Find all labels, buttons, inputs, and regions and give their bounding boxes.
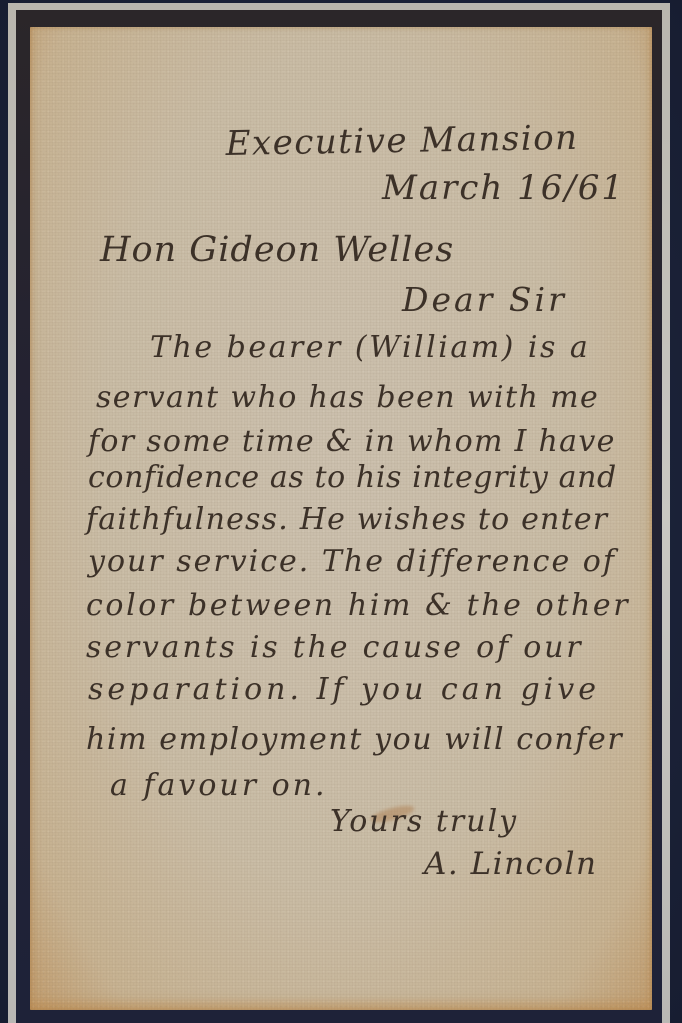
body-line: The bearer (William) is a [150,330,590,365]
closing: Yours truly [330,804,518,839]
body-line: confidence as to his integrity and [88,460,617,495]
body-line: servant who has been with me [96,380,599,415]
heading-date: March 16/61 [382,168,625,208]
body-line: servants is the cause of our [86,630,583,665]
body-line: for some time & in whom I have [88,424,616,459]
salutation: Dear Sir [402,280,567,319]
body-line: him employment you will confer [86,722,623,757]
body-line: color between him & the other [86,588,630,623]
body-line: faithfulness. He wishes to enter [86,502,608,537]
heading-place: Executive Mansion [225,118,579,164]
recipient: Hon Gideon Welles [100,230,454,270]
body-line: your service. The difference of [88,544,616,579]
body-line: a favour on. [110,768,328,803]
body-line: separation. If you can give [88,672,600,707]
signature: A. Lincoln [424,846,597,882]
